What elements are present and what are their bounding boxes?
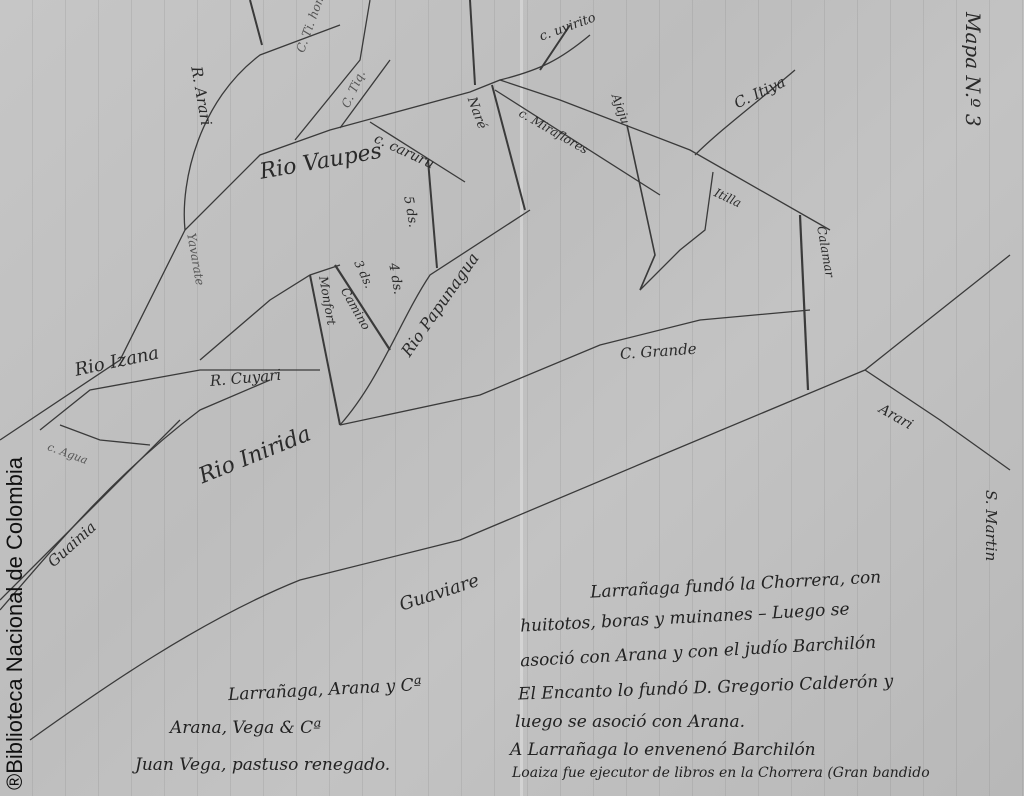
note-right-line-6: A Larrañaga lo envenenó Barchilón bbox=[510, 740, 816, 760]
note-left-line-2: Arana, Vega & Cª bbox=[170, 718, 321, 738]
label-san-martin: S. Martin bbox=[982, 490, 1000, 561]
note-left-line-3: Juan Vega, pastuso renegado. bbox=[135, 755, 390, 775]
map-title: Mapa N.º 3 bbox=[961, 12, 985, 127]
map-sheet: Mapa N.º 3 Rio Vaupes Rio Izana R. Cuyar… bbox=[0, 0, 1024, 796]
watermark: ®Biblioteca Nacional de Colombia bbox=[2, 457, 28, 790]
note-right-line-5: luego se asoció con Arana. bbox=[515, 712, 745, 732]
note-right-line-7: Loaiza fue ejecutor de libros en la Chor… bbox=[512, 765, 930, 781]
